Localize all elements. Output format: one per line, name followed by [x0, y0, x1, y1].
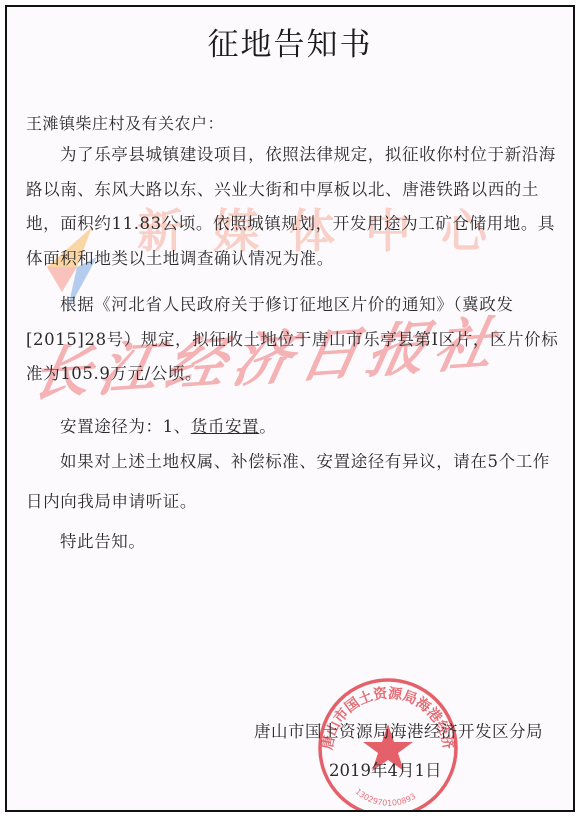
salutation: 王滩镇柴庄村及有关农户： [26, 111, 224, 134]
notice-page: 征地告知书 王滩镇柴庄村及有关农户： 新媒体中心 为了乐亭县城镇建设项目，依照法… [5, 5, 575, 812]
issuer-signature: 唐山市国土资源局海港经济开发区分局 [254, 718, 543, 742]
paragraph-objection: 如果对上述土地权属、补偿标准、安置途径有异议，请在5个工作日内向我局申请听证。 [26, 442, 566, 522]
official-stamp-icon: 唐山市国土资源局海港经济开发区分局 1302970100893 [310, 672, 465, 812]
svg-text:1302970100893: 1302970100893 [354, 787, 418, 808]
paragraph-resettlement: 安置途径为：1、货币安置。 [26, 412, 566, 442]
page-title: 征地告知书 [7, 19, 573, 64]
issue-date: 2019年4月1日 [329, 757, 442, 781]
resettlement-suffix: 。 [259, 417, 276, 436]
resettlement-method: 货币安置 [191, 417, 259, 436]
paragraph-closing: 特此告知。 [26, 525, 566, 560]
paragraph-project: 为了乐亭县城镇建设项目，依照法律规定，拟征收你村位于新沿海路以南、东风大路以东、… [26, 138, 566, 276]
resettlement-prefix: 安置途径为：1、 [60, 417, 191, 436]
paragraph-compensation: 根据《河北省人民政府关于修订征地区片价的通知》（冀政发[2015]28号）规定，… [26, 288, 566, 392]
